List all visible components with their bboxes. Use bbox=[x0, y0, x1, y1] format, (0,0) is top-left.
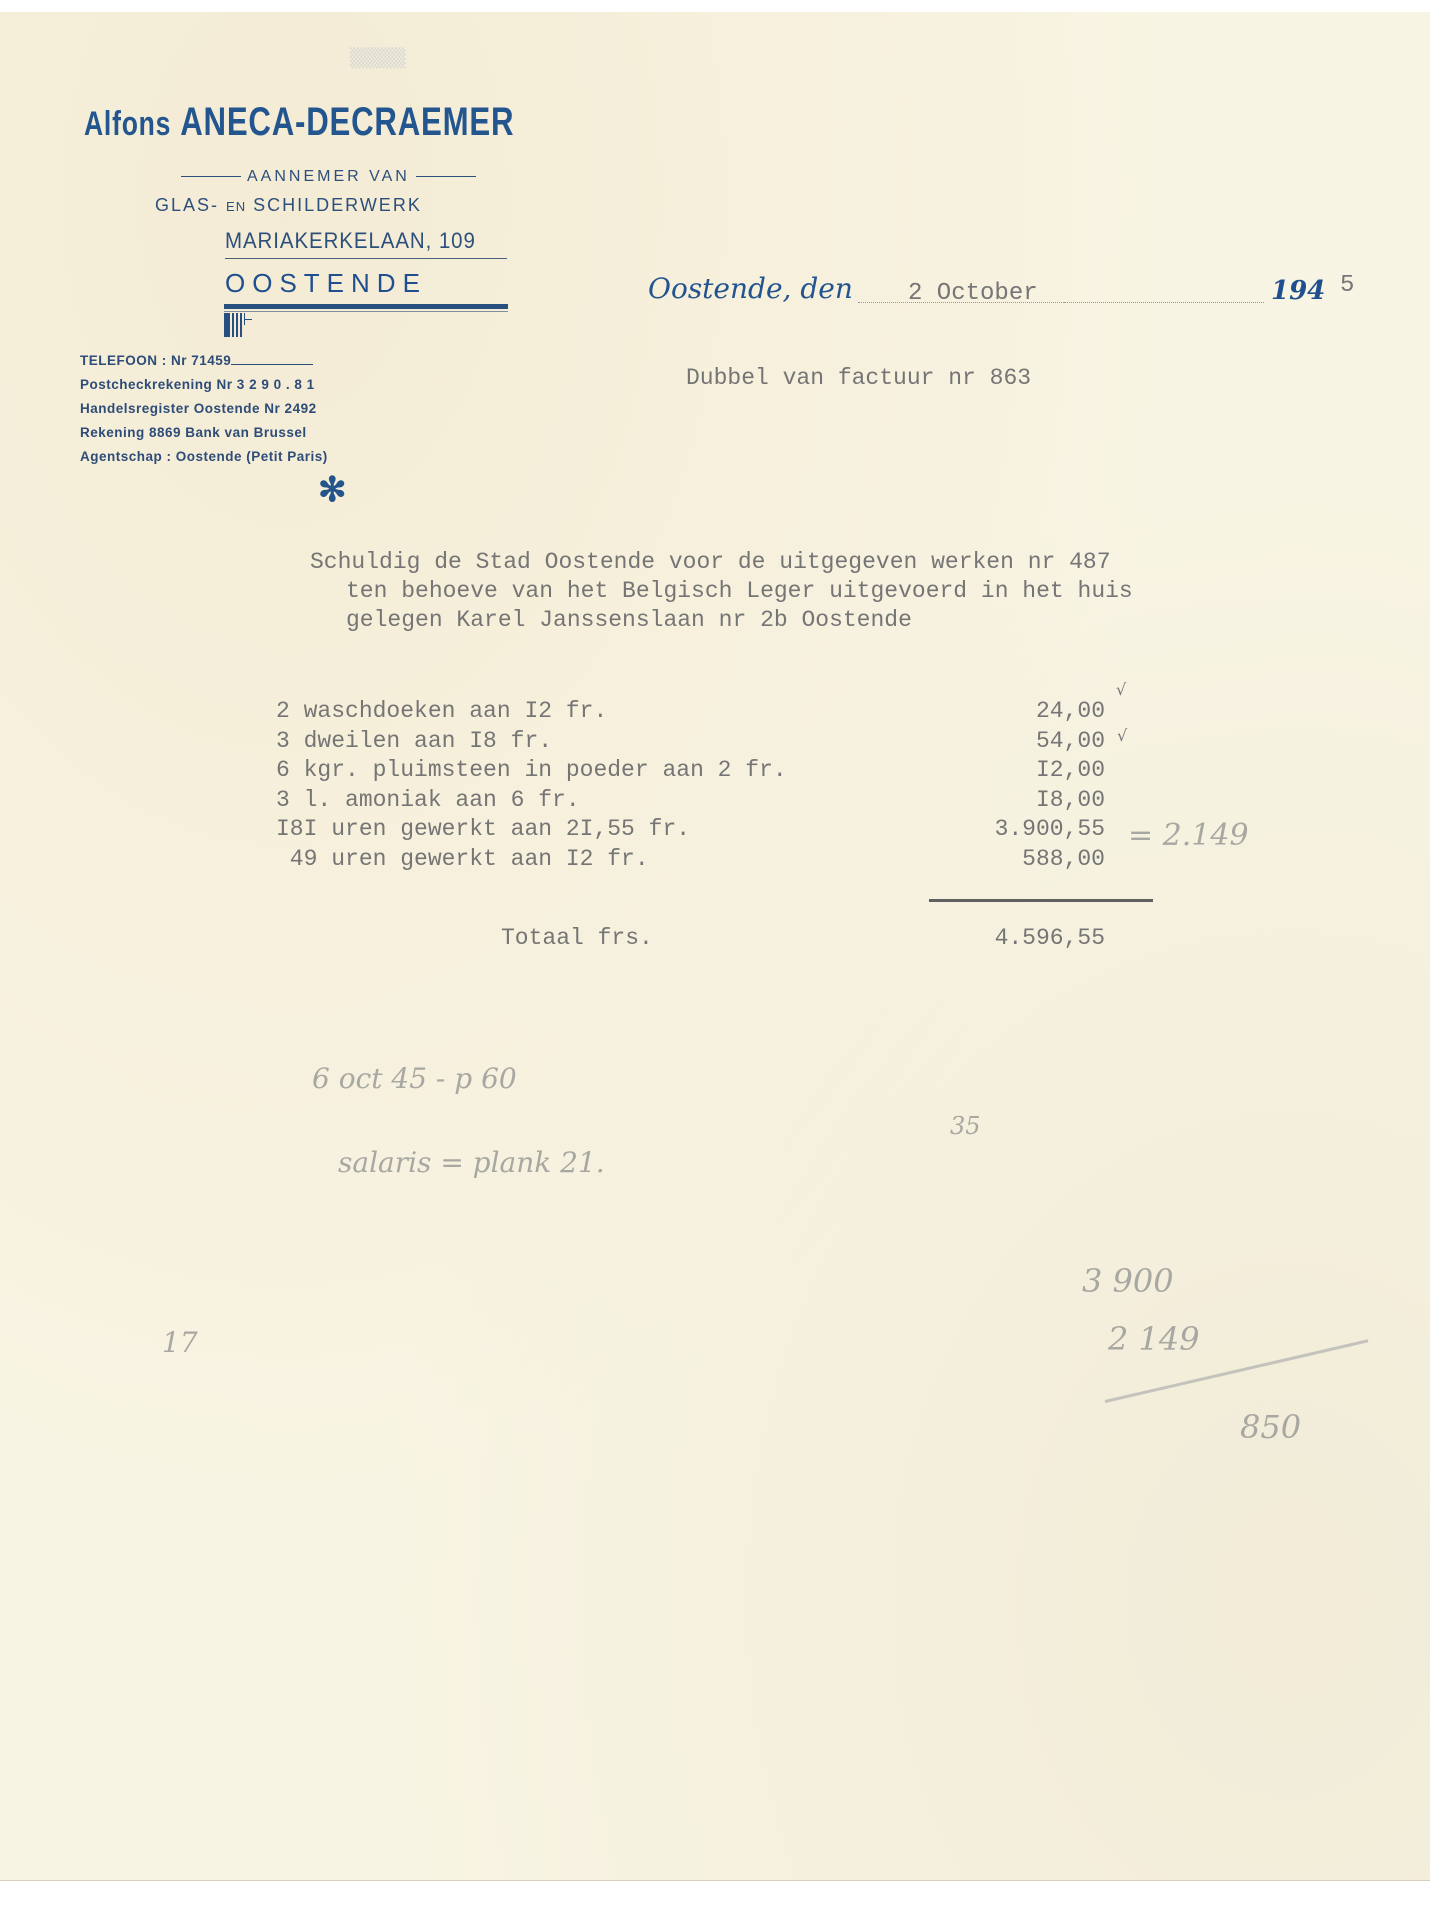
line-item-amount: I2,00 bbox=[925, 756, 1105, 786]
date-dotted-line-2 bbox=[1064, 302, 1264, 303]
pencil-sum-line-2: 2 149 bbox=[1108, 1320, 1200, 1358]
pencil-margin-calculation: = 2.149 bbox=[1128, 818, 1249, 853]
address-underline bbox=[225, 258, 507, 259]
letterhead-subtitle-1: AANNEMER VAN bbox=[175, 168, 482, 186]
subtitle-text: AANNEMER VAN bbox=[247, 168, 410, 185]
letterhead-telephone: TELEFOON : Nr 71459 bbox=[80, 353, 313, 368]
city-rule bbox=[224, 304, 508, 309]
line-item-amount: 54,00 bbox=[925, 727, 1105, 757]
letterhead-company: Alfons ANECA-DECRAEMER bbox=[84, 100, 534, 150]
line-item-amount: 24,00 bbox=[925, 697, 1105, 727]
letterhead-handelsregister: Handelsregister Oostende Nr 2492 bbox=[80, 401, 317, 416]
description-line: gelegen Karel Janssenslaan nr 2b Oostend… bbox=[310, 606, 1133, 635]
dateline-year-printed: 194 bbox=[1271, 276, 1325, 306]
dateline-date: 2 October bbox=[908, 280, 1038, 307]
line-items-list: 2 waschdoeken aan I2 fr. 3 dweilen aan I… bbox=[276, 697, 787, 874]
line-item-amount: I8,00 bbox=[925, 786, 1105, 816]
letterhead-subtitle-2: GLAS- EN SCHILDERWERK bbox=[155, 195, 422, 216]
company-name: ANECA-DECRAEMER bbox=[180, 100, 514, 144]
line-item-description: I8I uren gewerkt aan 2I,55 fr. bbox=[276, 815, 787, 845]
dateline-place: Oostende, den bbox=[648, 272, 853, 305]
pencil-sum-line-1: 3 900 bbox=[1082, 1262, 1174, 1300]
document-title: Dubbel van factuur nr 863 bbox=[686, 365, 1031, 391]
city-rule-thin bbox=[224, 311, 508, 312]
dateline-year-typed: 5 bbox=[1340, 272, 1354, 299]
description-line: ten behoeve van het Belgisch Leger uitge… bbox=[310, 577, 1133, 606]
pencil-note-line-2: salaris = plank 21. bbox=[338, 1146, 605, 1179]
pencil-note-line-1: 6 oct 45 - p 60 bbox=[312, 1062, 517, 1095]
pencil-note-superscript: 35 bbox=[950, 1112, 981, 1140]
logo-bars-icon bbox=[224, 313, 254, 337]
divider bbox=[181, 176, 241, 177]
line-item-description: 3 dweilen aan I8 fr. bbox=[276, 727, 787, 757]
invoice-description: Schuldig de Stad Oostende voor de uitgeg… bbox=[310, 548, 1133, 635]
letterhead-address: MARIAKERKELAAN, 109 bbox=[225, 228, 476, 254]
subtitle-schilderwerk: SCHILDERWERK bbox=[253, 195, 422, 215]
line-item-description: 6 kgr. pluimsteen in poeder aan 2 fr. bbox=[276, 756, 787, 786]
faint-stamp-mark: ▒▒▒▒ bbox=[350, 48, 405, 69]
pencil-sum-result: 850 bbox=[1240, 1408, 1301, 1446]
letterhead-bank-account: Rekening 8869 Bank van Brussel bbox=[80, 425, 307, 440]
check-mark-icon: √ bbox=[1117, 726, 1127, 745]
line-item-description: 2 waschdoeken aan I2 fr. bbox=[276, 697, 787, 727]
line-item-description: 49 uren gewerkt aan I2 fr. bbox=[276, 845, 787, 875]
line-item-amount: 3.900,55 bbox=[925, 815, 1105, 845]
line-item-amount: 588,00 bbox=[925, 845, 1105, 875]
total-amount: 4.596,55 bbox=[925, 925, 1105, 951]
subtitle-en: EN bbox=[226, 199, 246, 214]
total-rule bbox=[929, 899, 1153, 902]
pencil-left-margin-note: 17 bbox=[162, 1326, 198, 1359]
divider bbox=[416, 176, 476, 177]
total-label: Totaal frs. bbox=[501, 925, 653, 951]
line-items-amounts: 24,00 54,00 I2,00 I8,00 3.900,55 588,00 bbox=[925, 697, 1105, 874]
check-mark-icon: √ bbox=[1116, 680, 1126, 699]
letterhead-city: OOSTENDE bbox=[225, 268, 427, 299]
asterisk-icon: ✻ bbox=[318, 470, 347, 510]
description-line: Schuldig de Stad Oostende voor de uitgeg… bbox=[310, 548, 1133, 577]
subtitle-glas: GLAS- bbox=[155, 195, 219, 215]
letterhead-agency: Agentschap : Oostende (Petit Paris) bbox=[80, 449, 328, 464]
company-first-name: Alfons bbox=[84, 105, 171, 143]
line-item-description: 3 l. amoniak aan 6 fr. bbox=[276, 786, 787, 816]
letterhead-postcheck: Postcheckrekening Nr 3 2 9 0 . 8 1 bbox=[80, 377, 315, 392]
